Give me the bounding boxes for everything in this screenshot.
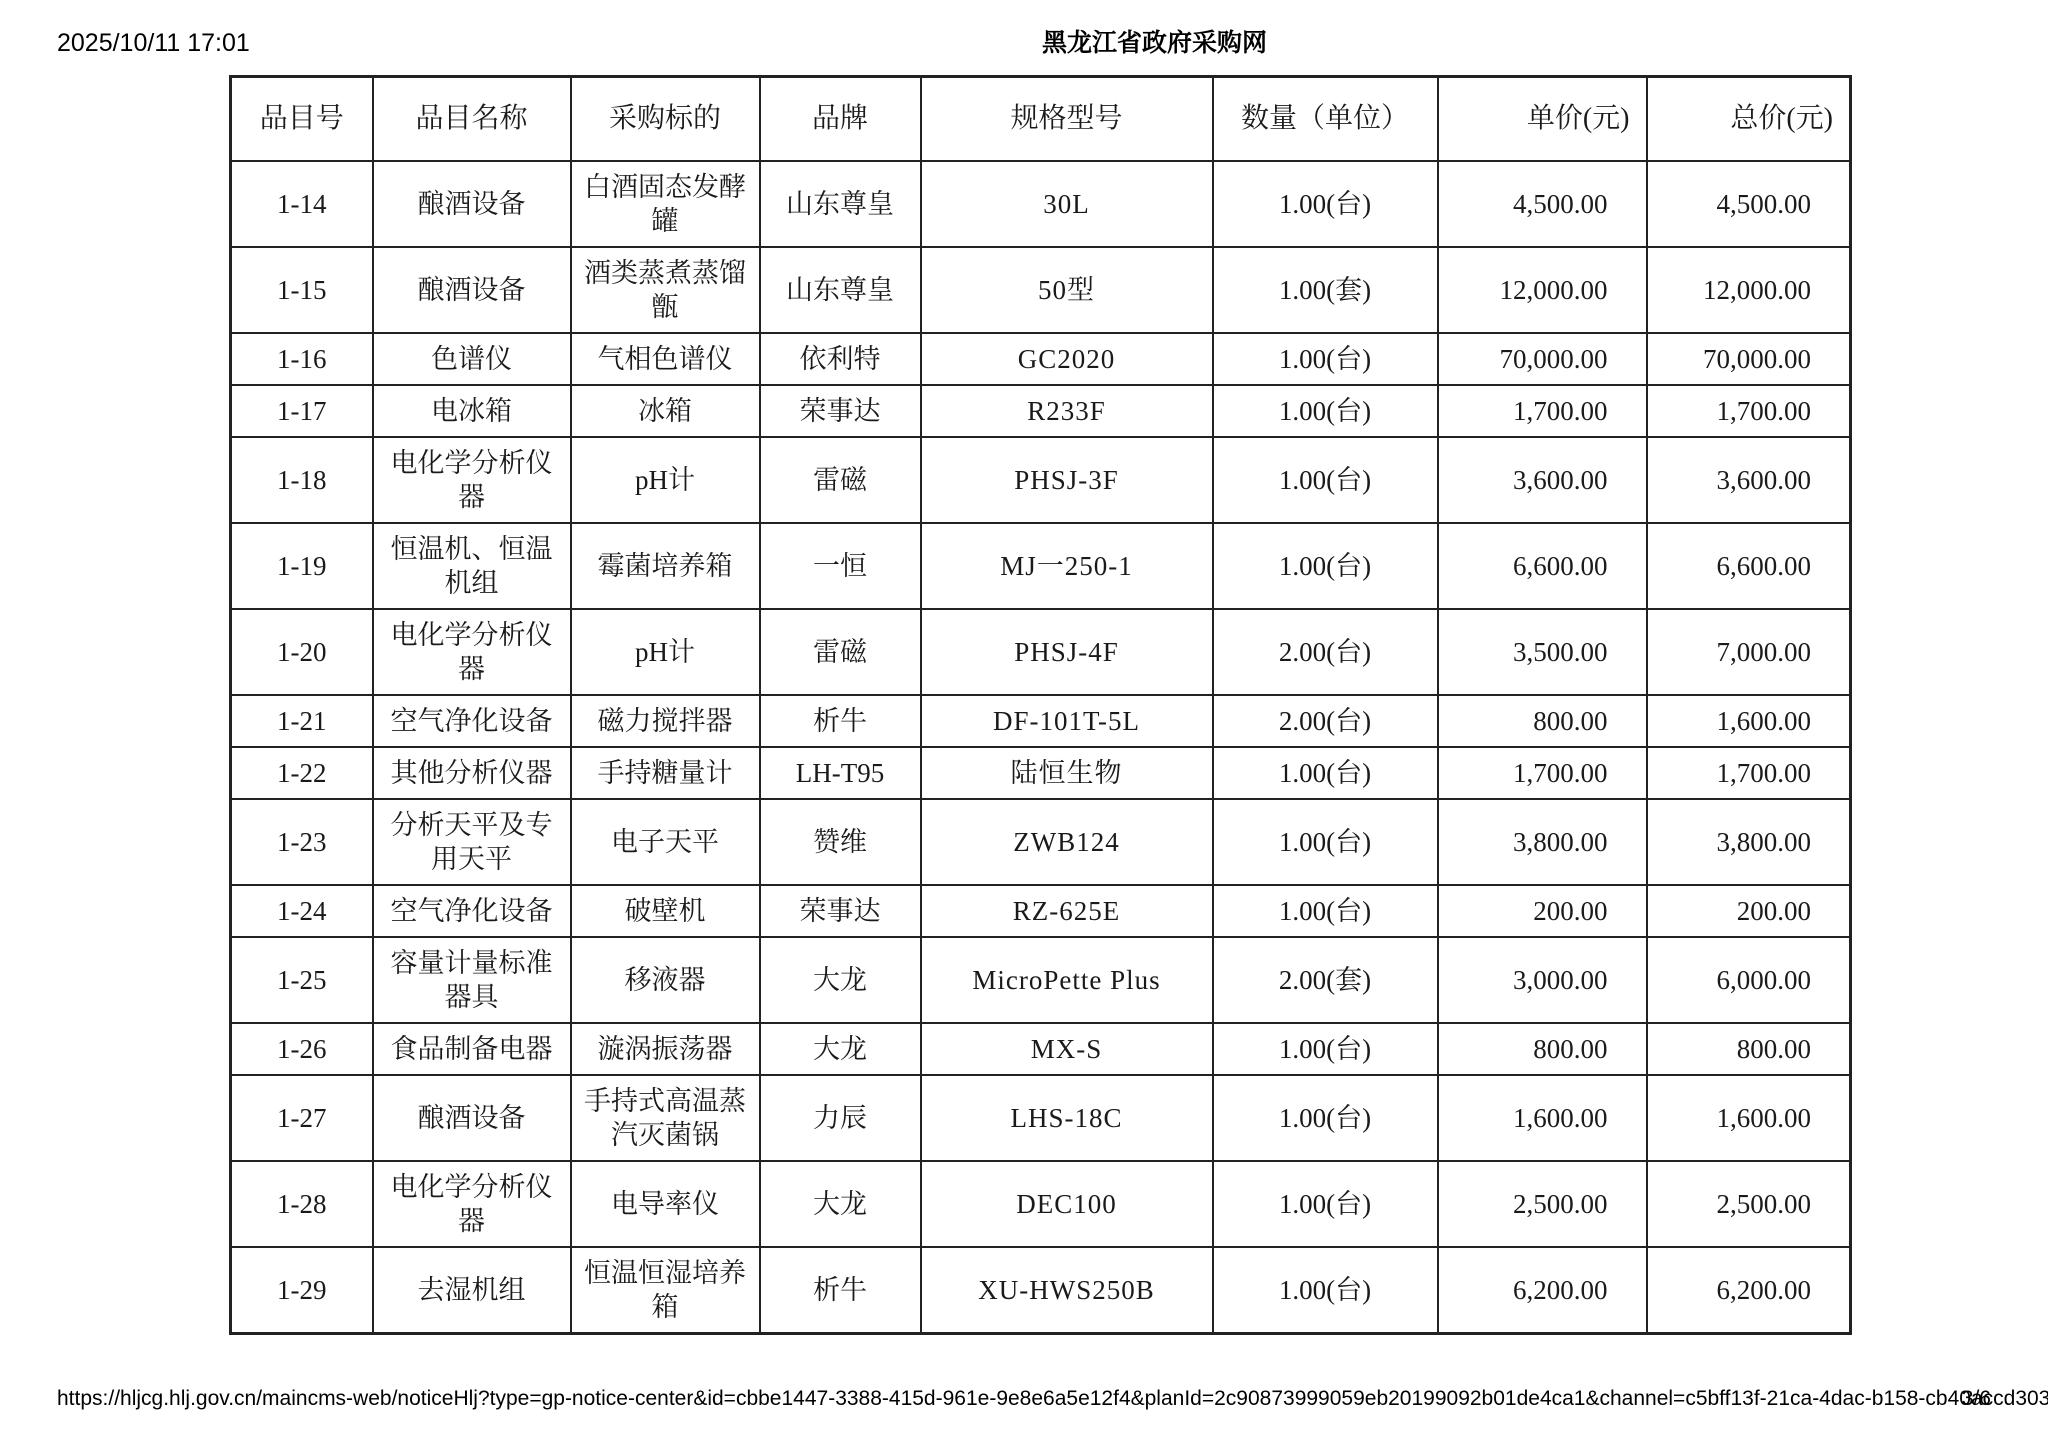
cell-unit-price: 1,700.00 [1438, 747, 1647, 799]
cell-spec-model: RZ-625E [921, 885, 1213, 937]
cell-quantity-unit: 1.00(套) [1213, 247, 1438, 333]
cell-item-no: 1-22 [231, 747, 373, 799]
cell-brand: 力辰 [760, 1075, 921, 1161]
cell-total-price: 3,600.00 [1647, 437, 1851, 523]
cell-unit-price: 6,600.00 [1438, 523, 1647, 609]
cell-total-price: 200.00 [1647, 885, 1851, 937]
cell-item-no: 1-29 [231, 1247, 373, 1334]
cell-unit-price: 70,000.00 [1438, 333, 1647, 385]
table-row: 1-16色谱仪气相色谱仪依利特GC20201.00(台)70,000.0070,… [231, 333, 1851, 385]
cell-item-no: 1-19 [231, 523, 373, 609]
cell-quantity-unit: 2.00(套) [1213, 937, 1438, 1023]
column-header-brand: 品牌 [760, 77, 921, 161]
print-timestamp: 2025/10/11 17:01 [57, 28, 250, 58]
page-indicator: 3/6 [1962, 1386, 1991, 1412]
cell-spec-model: 陆恒生物 [921, 747, 1213, 799]
cell-spec-model: 30L [921, 161, 1213, 247]
cell-quantity-unit: 2.00(台) [1213, 609, 1438, 695]
cell-unit-price: 3,600.00 [1438, 437, 1647, 523]
column-header-item-no: 品目号 [231, 77, 373, 161]
cell-item-no: 1-20 [231, 609, 373, 695]
print-page: 2025/10/11 17:01 黑龙江省政府采购网 品目号 品目名称 采购标的… [0, 0, 2048, 1447]
table-header-row: 品目号 品目名称 采购标的 品牌 规格型号 数量（单位） 单价(元) 总价(元) [231, 77, 1851, 161]
cell-item-name: 电化学分析仪 器 [373, 1161, 571, 1247]
column-header-unit-price: 单价(元) [1438, 77, 1647, 161]
cell-total-price: 6,000.00 [1647, 937, 1851, 1023]
table-row: 1-25容量计量标准 器具移液器大龙MicroPette Plus2.00(套)… [231, 937, 1851, 1023]
table-row: 1-26食品制备电器漩涡振荡器大龙MX-S1.00(台)800.00800.00 [231, 1023, 1851, 1075]
cell-spec-model: LHS-18C [921, 1075, 1213, 1161]
cell-unit-price: 200.00 [1438, 885, 1647, 937]
cell-brand: 大龙 [760, 1161, 921, 1247]
cell-item-name: 酿酒设备 [373, 1075, 571, 1161]
cell-item-name: 电化学分析仪 器 [373, 609, 571, 695]
cell-procurement-target: 手持糖量计 [571, 747, 760, 799]
cell-brand: 大龙 [760, 1023, 921, 1075]
cell-brand: LH-T95 [760, 747, 921, 799]
cell-item-no: 1-28 [231, 1161, 373, 1247]
cell-item-name: 酿酒设备 [373, 247, 571, 333]
cell-total-price: 3,800.00 [1647, 799, 1851, 885]
cell-item-no: 1-15 [231, 247, 373, 333]
cell-item-name: 去湿机组 [373, 1247, 571, 1334]
cell-procurement-target: 破壁机 [571, 885, 760, 937]
cell-item-no: 1-27 [231, 1075, 373, 1161]
cell-brand: 山东尊皇 [760, 161, 921, 247]
table-row: 1-29去湿机组恒温恒湿培养 箱析牛XU-HWS250B1.00(台)6,200… [231, 1247, 1851, 1334]
cell-unit-price: 3,800.00 [1438, 799, 1647, 885]
cell-quantity-unit: 1.00(台) [1213, 437, 1438, 523]
cell-procurement-target: 电子天平 [571, 799, 760, 885]
cell-total-price: 800.00 [1647, 1023, 1851, 1075]
cell-spec-model: DEC100 [921, 1161, 1213, 1247]
cell-procurement-target: 磁力搅拌器 [571, 695, 760, 747]
cell-item-no: 1-24 [231, 885, 373, 937]
cell-spec-model: 50型 [921, 247, 1213, 333]
cell-unit-price: 1,600.00 [1438, 1075, 1647, 1161]
site-title: 黑龙江省政府采购网 [1042, 28, 1267, 58]
cell-item-name: 电化学分析仪 器 [373, 437, 571, 523]
cell-unit-price: 6,200.00 [1438, 1247, 1647, 1334]
cell-item-no: 1-25 [231, 937, 373, 1023]
cell-item-no: 1-18 [231, 437, 373, 523]
cell-quantity-unit: 1.00(台) [1213, 1023, 1438, 1075]
footer-url: https://hljcg.hlj.gov.cn/maincms-web/not… [57, 1386, 2048, 1412]
cell-total-price: 70,000.00 [1647, 333, 1851, 385]
cell-total-price: 6,600.00 [1647, 523, 1851, 609]
cell-item-name: 分析天平及专 用天平 [373, 799, 571, 885]
cell-total-price: 6,200.00 [1647, 1247, 1851, 1334]
table-row: 1-27酿酒设备手持式高温蒸 汽灭菌锅力辰LHS-18C1.00(台)1,600… [231, 1075, 1851, 1161]
table-row: 1-19恒温机、恒温 机组霉菌培养箱一恒MJ一250-11.00(台)6,600… [231, 523, 1851, 609]
cell-spec-model: XU-HWS250B [921, 1247, 1213, 1334]
cell-spec-model: GC2020 [921, 333, 1213, 385]
cell-item-name: 食品制备电器 [373, 1023, 571, 1075]
cell-total-price: 1,700.00 [1647, 385, 1851, 437]
table-row: 1-22其他分析仪器手持糖量计LH-T95陆恒生物1.00(台)1,700.00… [231, 747, 1851, 799]
cell-total-price: 2,500.00 [1647, 1161, 1851, 1247]
cell-quantity-unit: 1.00(台) [1213, 333, 1438, 385]
cell-quantity-unit: 1.00(台) [1213, 885, 1438, 937]
cell-unit-price: 3,000.00 [1438, 937, 1647, 1023]
cell-unit-price: 12,000.00 [1438, 247, 1647, 333]
cell-unit-price: 3,500.00 [1438, 609, 1647, 695]
cell-total-price: 4,500.00 [1647, 161, 1851, 247]
cell-spec-model: MicroPette Plus [921, 937, 1213, 1023]
cell-total-price: 1,600.00 [1647, 695, 1851, 747]
cell-item-name: 电冰箱 [373, 385, 571, 437]
cell-spec-model: MX-S [921, 1023, 1213, 1075]
cell-item-no: 1-23 [231, 799, 373, 885]
cell-item-name: 酿酒设备 [373, 161, 571, 247]
cell-procurement-target: pH计 [571, 437, 760, 523]
cell-procurement-target: 恒温恒湿培养 箱 [571, 1247, 760, 1334]
cell-quantity-unit: 1.00(台) [1213, 1247, 1438, 1334]
cell-brand: 大龙 [760, 937, 921, 1023]
cell-quantity-unit: 2.00(台) [1213, 695, 1438, 747]
cell-procurement-target: 手持式高温蒸 汽灭菌锅 [571, 1075, 760, 1161]
cell-item-no: 1-14 [231, 161, 373, 247]
table-row: 1-20电化学分析仪 器pH计雷磁PHSJ-4F2.00(台)3,500.007… [231, 609, 1851, 695]
cell-brand: 一恒 [760, 523, 921, 609]
table-row: 1-15酿酒设备酒类蒸煮蒸馏 甑山东尊皇50型1.00(套)12,000.001… [231, 247, 1851, 333]
table-row: 1-21空气净化设备磁力搅拌器析牛DF-101T-5L2.00(台)800.00… [231, 695, 1851, 747]
cell-item-name: 恒温机、恒温 机组 [373, 523, 571, 609]
cell-procurement-target: 电导率仪 [571, 1161, 760, 1247]
cell-brand: 依利特 [760, 333, 921, 385]
cell-quantity-unit: 1.00(台) [1213, 747, 1438, 799]
cell-brand: 山东尊皇 [760, 247, 921, 333]
cell-brand: 赞维 [760, 799, 921, 885]
cell-quantity-unit: 1.00(台) [1213, 161, 1438, 247]
cell-procurement-target: 漩涡振荡器 [571, 1023, 760, 1075]
cell-unit-price: 4,500.00 [1438, 161, 1647, 247]
cell-total-price: 1,600.00 [1647, 1075, 1851, 1161]
cell-item-name: 空气净化设备 [373, 885, 571, 937]
cell-spec-model: MJ一250-1 [921, 523, 1213, 609]
cell-quantity-unit: 1.00(台) [1213, 799, 1438, 885]
cell-quantity-unit: 1.00(台) [1213, 1075, 1438, 1161]
cell-total-price: 7,000.00 [1647, 609, 1851, 695]
cell-brand: 雷磁 [760, 609, 921, 695]
cell-unit-price: 2,500.00 [1438, 1161, 1647, 1247]
column-header-quantity-unit: 数量（单位） [1213, 77, 1438, 161]
procurement-items-table: 品目号 品目名称 采购标的 品牌 规格型号 数量（单位） 单价(元) 总价(元)… [229, 75, 1852, 1335]
table-row: 1-18电化学分析仪 器pH计雷磁PHSJ-3F1.00(台)3,600.003… [231, 437, 1851, 523]
table-row: 1-28电化学分析仪 器电导率仪大龙DEC1001.00(台)2,500.002… [231, 1161, 1851, 1247]
cell-total-price: 12,000.00 [1647, 247, 1851, 333]
cell-procurement-target: 白酒固态发酵 罐 [571, 161, 760, 247]
cell-item-no: 1-17 [231, 385, 373, 437]
table-row: 1-24空气净化设备破壁机荣事达RZ-625E1.00(台)200.00200.… [231, 885, 1851, 937]
cell-item-name: 色谱仪 [373, 333, 571, 385]
cell-spec-model: PHSJ-3F [921, 437, 1213, 523]
table-row: 1-23分析天平及专 用天平电子天平赞维ZWB1241.00(台)3,800.0… [231, 799, 1851, 885]
cell-procurement-target: 酒类蒸煮蒸馏 甑 [571, 247, 760, 333]
cell-brand: 荣事达 [760, 885, 921, 937]
cell-procurement-target: 气相色谱仪 [571, 333, 760, 385]
cell-procurement-target: pH计 [571, 609, 760, 695]
column-header-spec-model: 规格型号 [921, 77, 1213, 161]
column-header-total-price: 总价(元) [1647, 77, 1851, 161]
column-header-procurement-target: 采购标的 [571, 77, 760, 161]
cell-unit-price: 800.00 [1438, 1023, 1647, 1075]
cell-procurement-target: 移液器 [571, 937, 760, 1023]
cell-item-name: 容量计量标准 器具 [373, 937, 571, 1023]
cell-procurement-target: 冰箱 [571, 385, 760, 437]
column-header-item-name: 品目名称 [373, 77, 571, 161]
cell-quantity-unit: 1.00(台) [1213, 523, 1438, 609]
cell-brand: 雷磁 [760, 437, 921, 523]
cell-brand: 荣事达 [760, 385, 921, 437]
cell-quantity-unit: 1.00(台) [1213, 1161, 1438, 1247]
cell-unit-price: 800.00 [1438, 695, 1647, 747]
cell-spec-model: DF-101T-5L [921, 695, 1213, 747]
cell-item-name: 空气净化设备 [373, 695, 571, 747]
cell-brand: 析牛 [760, 1247, 921, 1334]
cell-item-no: 1-16 [231, 333, 373, 385]
cell-spec-model: R233F [921, 385, 1213, 437]
cell-brand: 析牛 [760, 695, 921, 747]
table-row: 1-14酿酒设备白酒固态发酵 罐山东尊皇30L1.00(台)4,500.004,… [231, 161, 1851, 247]
cell-item-name: 其他分析仪器 [373, 747, 571, 799]
table-row: 1-17电冰箱冰箱荣事达R233F1.00(台)1,700.001,700.00 [231, 385, 1851, 437]
cell-item-no: 1-21 [231, 695, 373, 747]
table-body: 1-14酿酒设备白酒固态发酵 罐山东尊皇30L1.00(台)4,500.004,… [231, 161, 1851, 1334]
cell-unit-price: 1,700.00 [1438, 385, 1647, 437]
cell-spec-model: PHSJ-4F [921, 609, 1213, 695]
cell-spec-model: ZWB124 [921, 799, 1213, 885]
cell-item-no: 1-26 [231, 1023, 373, 1075]
cell-total-price: 1,700.00 [1647, 747, 1851, 799]
cell-procurement-target: 霉菌培养箱 [571, 523, 760, 609]
cell-quantity-unit: 1.00(台) [1213, 385, 1438, 437]
